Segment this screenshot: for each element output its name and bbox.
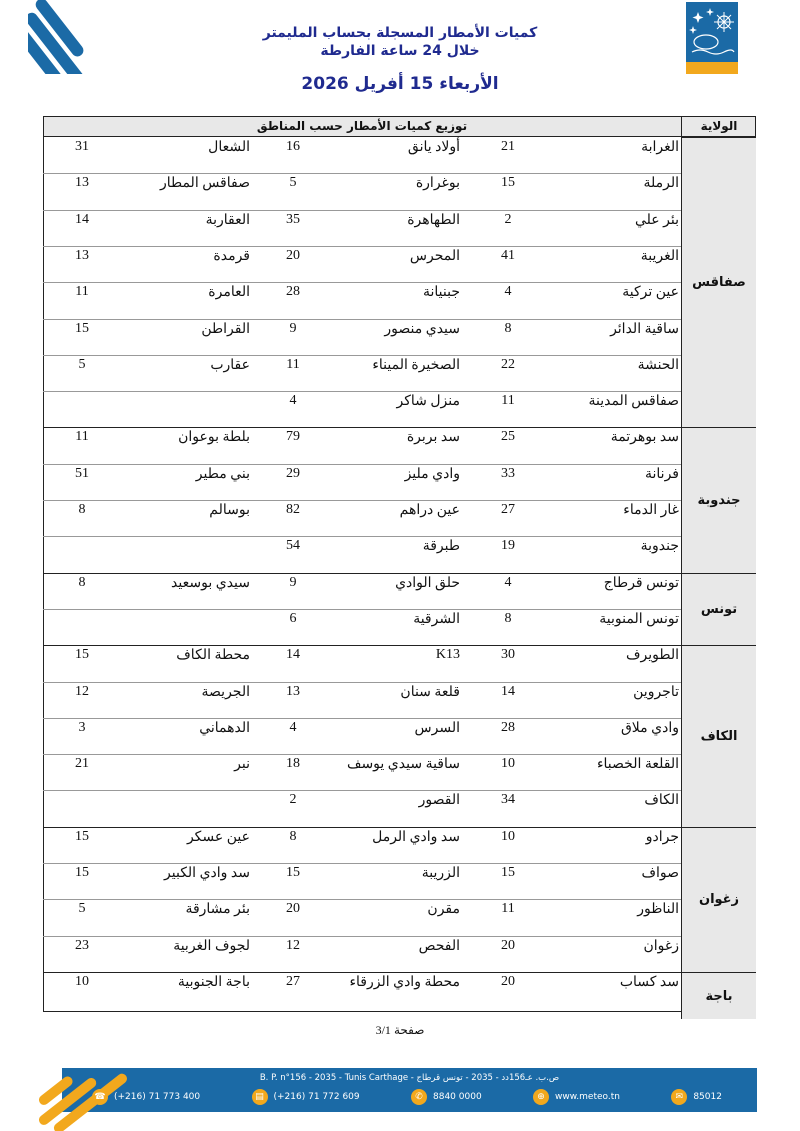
- station-name: وادي مليز: [405, 466, 460, 483]
- station-name: القصور: [419, 792, 460, 809]
- station-name: الطهاهرة: [407, 212, 460, 229]
- station-name: الدهماني: [199, 720, 250, 737]
- rainfall-value: 82: [278, 502, 308, 518]
- group-divider: [43, 827, 681, 828]
- rainfall-value: 11: [67, 429, 97, 445]
- province-cell: جندوبة: [681, 427, 756, 572]
- rainfall-value: 19: [493, 538, 523, 554]
- rainfall-value: 28: [493, 720, 523, 736]
- station-name: ساقية الدائر: [610, 321, 679, 338]
- rainfall-value: 35: [278, 212, 308, 228]
- rainfall-value: 4: [493, 575, 523, 591]
- report-date: الأربعاء 15 أفريل 2026: [0, 74, 800, 94]
- chat-icon: ✆: [411, 1089, 427, 1105]
- row-divider: [43, 500, 681, 501]
- group-divider: [43, 645, 681, 646]
- rainfall-value: 12: [278, 938, 308, 954]
- station-name: زغوان: [644, 938, 680, 955]
- station-name: تونس قرطاج: [604, 575, 679, 592]
- station-name: الفحص: [419, 938, 460, 955]
- station-name: نبر: [234, 756, 250, 773]
- station-name: تونس المنوبية: [599, 611, 679, 628]
- station-name: فرنانة: [645, 466, 679, 483]
- rainfall-value: 12: [67, 684, 97, 700]
- footer-contact-item[interactable]: ⊕www.meteo.tn: [533, 1089, 620, 1105]
- station-name: صواف: [641, 865, 679, 882]
- rainfall-value: 18: [278, 756, 308, 772]
- group-divider: [43, 427, 681, 428]
- rainfall-value: 20: [493, 974, 523, 990]
- logo-caption-band: [686, 62, 738, 74]
- rainfall-value: 51: [67, 466, 97, 482]
- rainfall-value: 54: [278, 538, 308, 554]
- station-name: القلعة الخصباء: [597, 756, 679, 773]
- rainfall-value: 10: [67, 974, 97, 990]
- station-name: الكاف: [644, 792, 679, 809]
- station-name: باجة الجنوبية: [178, 974, 250, 991]
- rainfall-value: 4: [278, 720, 308, 736]
- station-name: المحرس: [410, 248, 460, 265]
- rainfall-value: 11: [67, 284, 97, 300]
- province-cell: زغوان: [681, 827, 756, 972]
- row-divider: [43, 899, 681, 900]
- station-name: سد كساب: [620, 974, 679, 991]
- footer-contact-text: www.meteo.tn: [555, 1092, 620, 1102]
- globe-icon: ⊕: [533, 1089, 549, 1105]
- row-divider: [43, 173, 681, 174]
- rainfall-value: 15: [67, 865, 97, 881]
- row-divider: [43, 682, 681, 683]
- page-number: صفحة 3/1: [0, 1023, 800, 1038]
- rainfall-value: 9: [278, 321, 308, 337]
- row-divider: [43, 536, 681, 537]
- station-name: تاجروين: [633, 684, 679, 701]
- rainfall-value: 10: [493, 756, 523, 772]
- station-name: مقرن: [427, 901, 460, 918]
- station-name: لجوف الغربية: [173, 938, 250, 955]
- footer-contact-item: ▤(+216) 71 772 609: [252, 1089, 360, 1105]
- row-divider: [43, 464, 681, 465]
- rainfall-value: 13: [67, 248, 97, 264]
- station-name: الزريبة: [422, 865, 460, 882]
- rainfall-value: 31: [67, 139, 97, 155]
- station-name: الحنشة: [638, 357, 679, 374]
- station-name: جندوبة: [641, 538, 679, 555]
- rainfall-value: 23: [67, 938, 97, 954]
- footer-contact-item: ✉85012: [671, 1089, 722, 1105]
- report-subtitle: خلال 24 ساعة الفارطة: [0, 43, 800, 59]
- rainfall-value: 27: [278, 974, 308, 990]
- group-divider: [43, 972, 681, 973]
- rainfall-value: 11: [493, 393, 523, 409]
- row-divider: [43, 936, 681, 937]
- station-name: K13: [436, 647, 460, 663]
- footer-contact-item: ✆8840 0000: [411, 1089, 482, 1105]
- station-name: بوغرارة: [416, 175, 460, 192]
- station-name: محطة الكاف: [176, 647, 250, 664]
- station-name: سد بربرة: [407, 429, 460, 446]
- station-name: سد وادي الرمل: [372, 829, 460, 846]
- footer-contact-text: (+216) 71 772 609: [274, 1092, 360, 1102]
- station-name: ساقية سيدي يوسف: [347, 756, 460, 773]
- province-cell: الكاف: [681, 645, 756, 827]
- rainfall-value: 4: [493, 284, 523, 300]
- station-name: حلق الوادي: [395, 575, 460, 592]
- station-name: الشرقية: [413, 611, 460, 628]
- footer-address: B. P. n°156 - 2035 - Tunis Carthage - ص.…: [62, 1073, 757, 1083]
- rainfall-value: 8: [493, 611, 523, 627]
- rainfall-value: 16: [278, 139, 308, 155]
- rainfall-value: 4: [278, 393, 308, 409]
- station-name: قرمدة: [213, 248, 250, 265]
- report-title: كميات الأمطار المسجلة بحساب المليمتر: [0, 25, 800, 41]
- rainfall-value: 14: [67, 212, 97, 228]
- station-name: صفاقس المطار: [160, 175, 250, 192]
- rainfall-value: 3: [67, 720, 97, 736]
- station-name: عقارب: [210, 357, 250, 374]
- station-name: الغرابة: [641, 139, 679, 156]
- rainfall-value: 8: [67, 502, 97, 518]
- rainfall-value: 10: [493, 829, 523, 845]
- sms-icon: ✉: [671, 1089, 687, 1105]
- station-name: الشعال: [208, 139, 250, 156]
- station-name: محطة وادي الزرقاء: [349, 974, 460, 991]
- station-name: سيدي بوسعيد: [171, 575, 250, 592]
- rainfall-value: 22: [493, 357, 523, 373]
- fax-icon: ▤: [252, 1089, 268, 1105]
- station-name: بني مطير: [196, 466, 250, 483]
- rainfall-value: 15: [493, 865, 523, 881]
- rainfall-value: 20: [278, 901, 308, 917]
- station-name: سد بوهرتمة: [611, 429, 679, 446]
- footer-contact-text: (+216) 71 773 400: [114, 1092, 200, 1102]
- station-name: جرادو: [646, 829, 679, 846]
- station-name: وادي ملاق: [621, 720, 679, 737]
- station-name: بوسالم: [209, 502, 250, 519]
- row-divider: [43, 754, 681, 755]
- station-name: السرس: [415, 720, 460, 737]
- row-divider: [43, 319, 681, 320]
- rainfall-value: 29: [278, 466, 308, 482]
- rainfall-value: 20: [278, 248, 308, 264]
- station-name: سيدي منصور: [384, 321, 460, 338]
- station-name: منزل شاكر: [396, 393, 460, 410]
- rainfall-value: 21: [67, 756, 97, 772]
- rainfall-value: 8: [278, 829, 308, 845]
- station-name: عين دراهم: [400, 502, 460, 519]
- station-name: بئر علي: [635, 212, 679, 229]
- footer-contact-text: 8840 0000: [433, 1092, 482, 1102]
- rainfall-value: 11: [493, 901, 523, 917]
- station-name: طبرقة: [423, 538, 460, 555]
- rainfall-value: 15: [67, 647, 97, 663]
- row-divider: [43, 391, 681, 392]
- rainfall-value: 28: [278, 284, 308, 300]
- province-cell: صفاقس: [681, 137, 756, 427]
- row-divider: [43, 790, 681, 791]
- rainfall-value: 11: [278, 357, 308, 373]
- station-name: العامرة: [208, 284, 250, 301]
- rainfall-value: 21: [493, 139, 523, 155]
- footer-contact-text: 85012: [693, 1092, 722, 1102]
- station-name: الطويرف: [626, 647, 679, 664]
- station-name: بلطة بوعوان: [178, 429, 250, 446]
- province-cell: باجة: [681, 972, 756, 1019]
- rainfall-value: 79: [278, 429, 308, 445]
- rainfall-value: 27: [493, 502, 523, 518]
- rainfall-value: 2: [493, 212, 523, 228]
- rainfall-value: 5: [67, 357, 97, 373]
- rainfall-value: 41: [493, 248, 523, 264]
- rainfall-value: 20: [493, 938, 523, 954]
- station-name: غار الدماء: [623, 502, 679, 519]
- row-divider: [43, 718, 681, 719]
- row-divider: [43, 282, 681, 283]
- station-name: عين تركية: [622, 284, 679, 301]
- rainfall-value: 8: [493, 321, 523, 337]
- station-name: القراطن: [201, 321, 250, 338]
- rainfall-value: 33: [493, 466, 523, 482]
- station-name: الرملة: [643, 175, 679, 192]
- row-divider: [43, 210, 681, 211]
- station-name: العقاربة: [206, 212, 250, 229]
- rainfall-value: 14: [278, 647, 308, 663]
- station-name: الصخيرة الميناء: [372, 357, 460, 374]
- rainfall-value: 5: [67, 901, 97, 917]
- rainfall-value: 2: [278, 792, 308, 808]
- rainfall-value: 15: [278, 865, 308, 881]
- rainfall-value: 13: [67, 175, 97, 191]
- station-name: الجريصة: [202, 684, 250, 701]
- rainfall-value: 15: [67, 829, 97, 845]
- rainfall-value: 9: [278, 575, 308, 591]
- row-divider: [43, 355, 681, 356]
- rainfall-value: 5: [278, 175, 308, 191]
- station-name: أولاد يانق: [408, 139, 460, 156]
- station-name: بئر مشارقة: [185, 901, 250, 918]
- rainfall-value: 13: [278, 684, 308, 700]
- province-cell: تونس: [681, 573, 756, 646]
- station-name: قلعة سنان: [400, 684, 460, 701]
- rainfall-value: 30: [493, 647, 523, 663]
- station-name: سد وادي الكبير: [164, 865, 250, 882]
- station-name: صفاقس المدينة: [588, 393, 679, 410]
- rainfall-value: 8: [67, 575, 97, 591]
- phone-icon: ☎: [92, 1089, 108, 1105]
- station-name: الغريبة: [641, 248, 679, 265]
- footer-contacts: ☎(+216) 71 773 400▤(+216) 71 772 609✆884…: [92, 1089, 722, 1105]
- station-name: عين عسكر: [187, 829, 250, 846]
- station-name: جبنيانة: [423, 284, 460, 301]
- rainfall-value: 6: [278, 611, 308, 627]
- row-divider: [43, 863, 681, 864]
- rainfall-value: 34: [493, 792, 523, 808]
- footer-contact-item: ☎(+216) 71 773 400: [92, 1089, 200, 1105]
- group-divider: [43, 573, 681, 574]
- rainfall-value: 14: [493, 684, 523, 700]
- row-divider: [43, 609, 681, 610]
- rainfall-value: 15: [493, 175, 523, 191]
- row-divider: [43, 246, 681, 247]
- rainfall-value: 25: [493, 429, 523, 445]
- rainfall-value: 15: [67, 321, 97, 337]
- station-name: الناظور: [637, 901, 679, 918]
